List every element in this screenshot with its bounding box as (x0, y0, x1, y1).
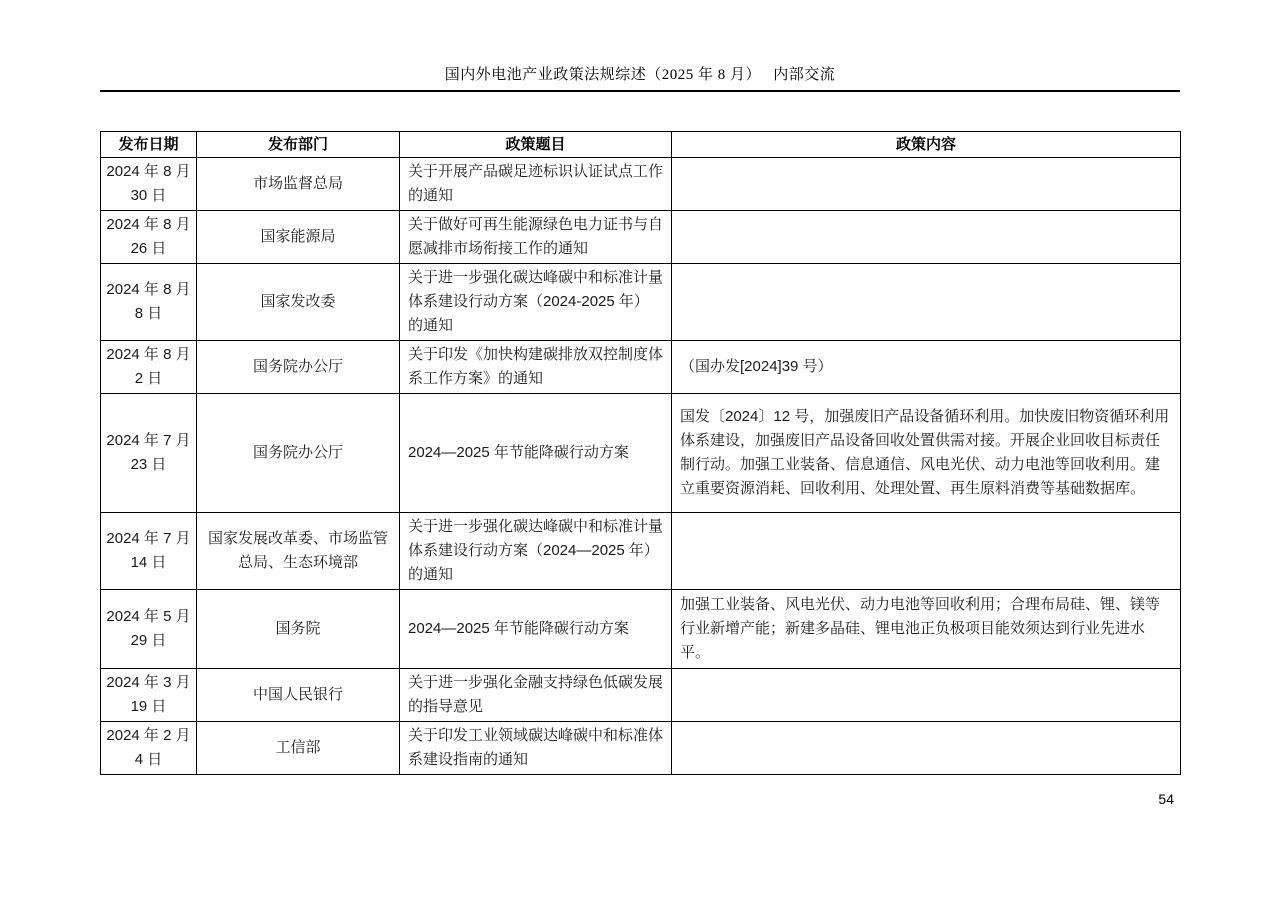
header-rule (100, 90, 1180, 92)
page-number: 54 (100, 791, 1180, 807)
table-row: 2024 年 3 月 19 日 中国人民银行 关于进一步强化金融支持绿色低碳发展… (101, 669, 1181, 722)
column-header-publish-department: 发布部门 (197, 132, 400, 158)
cell-policy-content (672, 158, 1181, 211)
cell-publish-date: 2024 年 8 月 2 日 (101, 341, 197, 394)
cell-policy-content (672, 669, 1181, 722)
table-row: 2024 年 5 月 29 日 国务院 2024—2025 年节能降碳行动方案 … (101, 590, 1181, 669)
document-page: 国内外电池产业政策法规综述（2025 年 8 月） 内部交流 发布日期 发布部门… (0, 0, 1279, 902)
cell-policy-content: （国办发[2024]39 号） (672, 341, 1181, 394)
cell-publish-department: 国务院办公厅 (197, 341, 400, 394)
cell-publish-department: 工信部 (197, 722, 400, 775)
cell-policy-content (672, 211, 1181, 264)
cell-publish-department: 国家能源局 (197, 211, 400, 264)
cell-policy-title: 关于印发工业领域碳达峰碳中和标准体系建设指南的通知 (400, 722, 672, 775)
column-header-policy-content: 政策内容 (672, 132, 1181, 158)
table-row: 2024 年 8 月 8 日 国家发改委 关于进一步强化碳达峰碳中和标准计量体系… (101, 264, 1181, 341)
cell-policy-content: 加强工业装备、风电光伏、动力电池等回收利用；合理布局硅、锂、镁等行业新增产能；新… (672, 590, 1181, 669)
table-row: 2024 年 7 月 23 日 国务院办公厅 2024—2025 年节能降碳行动… (101, 394, 1181, 513)
cell-publish-department: 国务院 (197, 590, 400, 669)
table-row: 2024 年 8 月 26 日 国家能源局 关于做好可再生能源绿色电力证书与自愿… (101, 211, 1181, 264)
cell-policy-content: 国发〔2024〕12 号，加强废旧产品设备循环利用。加快废旧物资循环利用体系建设… (672, 394, 1181, 513)
cell-policy-content (672, 722, 1181, 775)
cell-policy-content (672, 513, 1181, 590)
cell-publish-department: 国家发展改革委、市场监管总局、生态环境部 (197, 513, 400, 590)
cell-policy-title: 关于进一步强化碳达峰碳中和标准计量体系建设行动方案（2024-2025 年）的通… (400, 264, 672, 341)
cell-policy-title: 2024—2025 年节能降碳行动方案 (400, 394, 672, 513)
cell-policy-title: 2024—2025 年节能降碳行动方案 (400, 590, 672, 669)
cell-policy-content (672, 264, 1181, 341)
cell-publish-department: 市场监督总局 (197, 158, 400, 211)
cell-policy-title: 关于做好可再生能源绿色电力证书与自愿减排市场衔接工作的通知 (400, 211, 672, 264)
document-header-title: 国内外电池产业政策法规综述（2025 年 8 月） 内部交流 (100, 64, 1180, 86)
cell-publish-date: 2024 年 5 月 29 日 (101, 590, 197, 669)
cell-publish-date: 2024 年 3 月 19 日 (101, 669, 197, 722)
cell-publish-department: 国家发改委 (197, 264, 400, 341)
cell-publish-date: 2024 年 8 月 26 日 (101, 211, 197, 264)
table-row: 2024 年 8 月 30 日 市场监督总局 关于开展产品碳足迹标识认证试点工作… (101, 158, 1181, 211)
cell-policy-title: 关于进一步强化金融支持绿色低碳发展的指导意见 (400, 669, 672, 722)
table-row: 2024 年 2 月 4 日 工信部 关于印发工业领域碳达峰碳中和标准体系建设指… (101, 722, 1181, 775)
table-row: 2024 年 7 月 14 日 国家发展改革委、市场监管总局、生态环境部 关于进… (101, 513, 1181, 590)
cell-publish-department: 国务院办公厅 (197, 394, 400, 513)
policy-table: 发布日期 发布部门 政策题目 政策内容 2024 年 8 月 30 日 市场监督… (100, 131, 1181, 775)
cell-publish-date: 2024 年 8 月 30 日 (101, 158, 197, 211)
cell-publish-date: 2024 年 2 月 4 日 (101, 722, 197, 775)
table-row: 2024 年 8 月 2 日 国务院办公厅 关于印发《加快构建碳排放双控制度体系… (101, 341, 1181, 394)
document-header: 国内外电池产业政策法规综述（2025 年 8 月） 内部交流 (100, 0, 1180, 92)
column-header-policy-title: 政策题目 (400, 132, 672, 158)
cell-publish-department: 中国人民银行 (197, 669, 400, 722)
cell-policy-title: 关于印发《加快构建碳排放双控制度体系工作方案》的通知 (400, 341, 672, 394)
cell-policy-title: 关于开展产品碳足迹标识认证试点工作的通知 (400, 158, 672, 211)
cell-publish-date: 2024 年 7 月 14 日 (101, 513, 197, 590)
cell-publish-date: 2024 年 7 月 23 日 (101, 394, 197, 513)
cell-publish-date: 2024 年 8 月 8 日 (101, 264, 197, 341)
column-header-publish-date: 发布日期 (101, 132, 197, 158)
cell-policy-title: 关于进一步强化碳达峰碳中和标准计量体系建设行动方案（2024—2025 年）的通… (400, 513, 672, 590)
table-header-row: 发布日期 发布部门 政策题目 政策内容 (101, 132, 1181, 158)
